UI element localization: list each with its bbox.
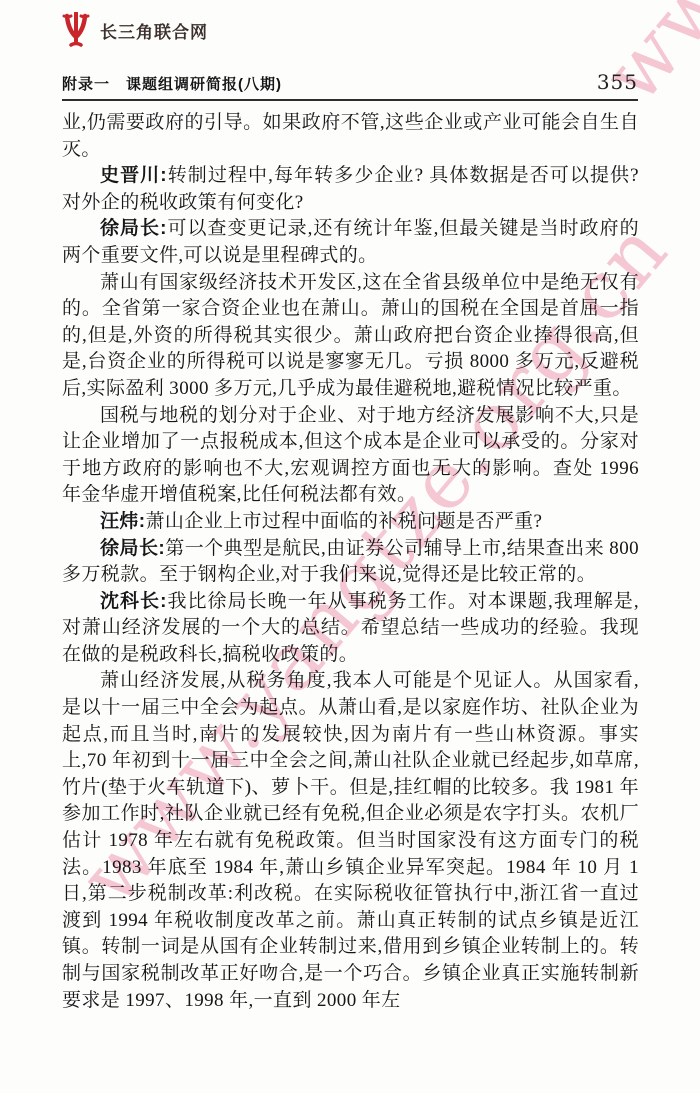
header-rule bbox=[62, 99, 638, 101]
running-head-title: 附录一 课题组调研简报(八期) bbox=[62, 73, 282, 94]
speaker-name: 徐局长: bbox=[100, 218, 167, 239]
paragraph-text: 萧山企业上市过程中面临的补税问题是否严重? bbox=[146, 511, 543, 532]
paragraph: 业,仍需要政府的引导。如果政府不管,这些企业或产业可能会自生自灭。 bbox=[62, 110, 639, 163]
paragraph: 汪炜:萧山企业上市过程中面临的补税问题是否严重? bbox=[62, 509, 639, 536]
paragraph: 徐局长:第一个典型是航民,由证券公司辅导上市,结果查出来 800 多万税款。至于… bbox=[62, 536, 639, 589]
paragraph: 萧山经济发展,从税务角度,我本人可能是个见证人。从国家看,是以十一届三中全会为起… bbox=[62, 668, 639, 1014]
paragraph-text: 萧山有国家级经济技术开发区,这在全省县级单位中是绝无仅有的。全省第一家合资企业也… bbox=[62, 272, 639, 399]
paragraph: 萧山有国家级经济技术开发区,这在全省县级单位中是绝无仅有的。全省第一家合资企业也… bbox=[62, 270, 639, 403]
brand-name: 长三角联合网 bbox=[100, 18, 208, 43]
paragraph: 国税与地税的划分对于企业、对于地方经济发展影响不大,只是让企业增加了一点报税成本… bbox=[62, 403, 639, 509]
paragraph-text: 萧山经济发展,从税务角度,我本人可能是个见证人。从国家看,是以十一届三中全会为起… bbox=[62, 670, 639, 1010]
body-text: 业,仍需要政府的引导。如果政府不管,这些企业或产业可能会自生自灭。 史晋川:转制… bbox=[62, 110, 639, 1014]
yangtze-trident-icon bbox=[60, 12, 92, 48]
speaker-name: 徐局长: bbox=[100, 538, 165, 559]
watermark-text-corner: www.yangtze.org.cn bbox=[585, 0, 700, 120]
paragraph: 徐局长:可以查变更记录,还有统计年鉴,但最关键是当时政府的两个重要文件,可以说是… bbox=[62, 216, 639, 269]
speaker-name: 沈科长: bbox=[100, 591, 167, 612]
paragraph-text: 业,仍需要政府的引导。如果政府不管,这些企业或产业可能会自生自灭。 bbox=[62, 112, 639, 160]
running-head: 附录一 课题组调研简报(八期) 355 bbox=[62, 70, 638, 94]
paragraph-text: 国税与地税的划分对于企业、对于地方经济发展影响不大,只是让企业增加了一点报税成本… bbox=[62, 405, 639, 506]
speaker-name: 汪炜: bbox=[100, 511, 146, 532]
page-number: 355 bbox=[597, 70, 638, 94]
brand-banner: 长三角联合网 bbox=[60, 12, 208, 48]
paragraph: 史晋川:转制过程中,每年转多少企业? 具体数据是否可以提供? 对外企的税收政策有… bbox=[62, 163, 639, 216]
paragraph: 沈科长:我比徐局长晚一年从事税务工作。对本课题,我理解是,对萧山经济发展的一个大… bbox=[62, 589, 639, 669]
speaker-name: 史晋川: bbox=[100, 165, 167, 186]
document-page: www.yangtze.org.cn www.yangtze.org.cn 长三… bbox=[0, 0, 700, 1093]
